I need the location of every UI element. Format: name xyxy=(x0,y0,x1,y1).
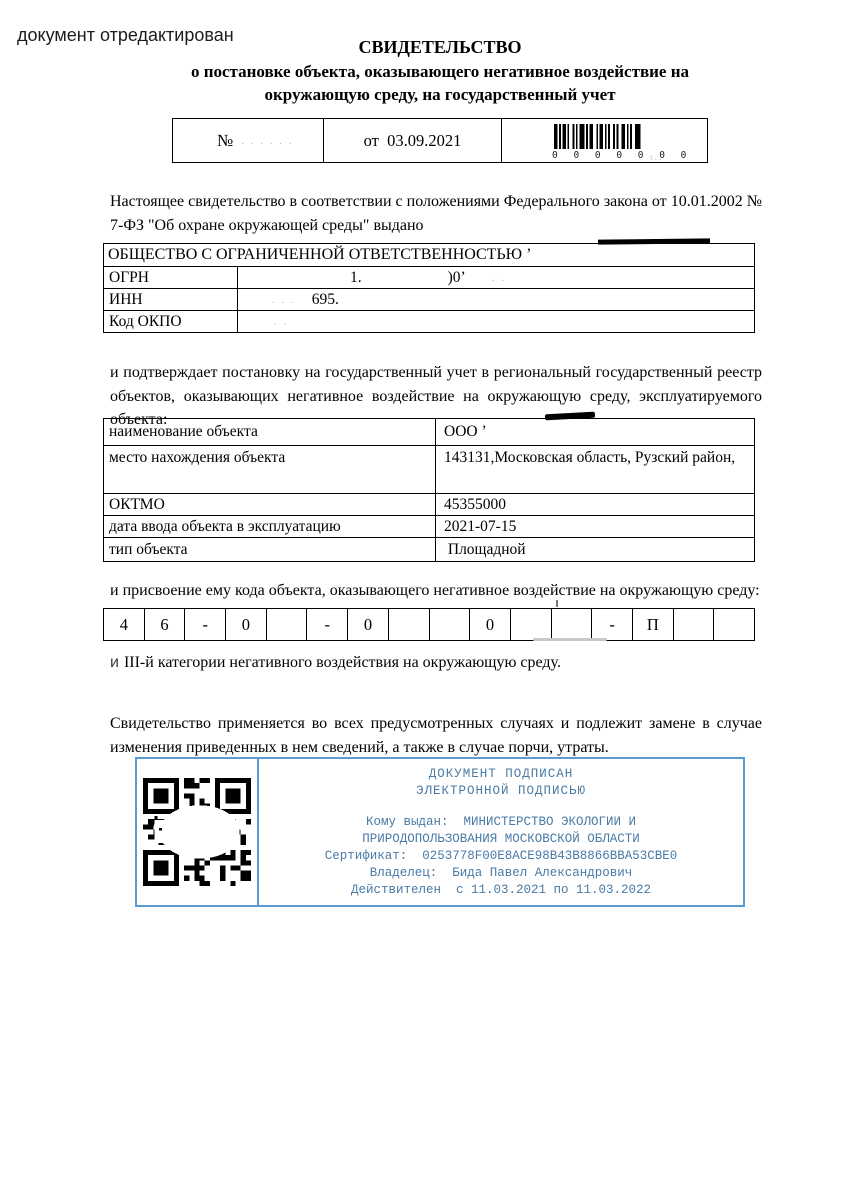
object-name-value: ООО ’ xyxy=(436,419,754,445)
okpo-label: Код ОКПО xyxy=(104,311,238,332)
signature-issued-to-2: ПРИРОДОПОЛЬЗОВАНИЯ МОСКОВСКОЙ ОБЛАСТИ xyxy=(362,831,640,848)
ogrn-row: ОГРН 1. )0’ . . xyxy=(104,266,754,288)
redaction-artifact xyxy=(533,638,607,641)
category-text: III-й категории негативного воздействия … xyxy=(124,654,561,671)
signature-owner: Владелец: Бида Павел Александрович xyxy=(370,865,633,882)
object-location-value: 143131,Московская область, Рузский район… xyxy=(436,446,754,493)
object-code-grid: 4 6 - 0 - 0 0 - П xyxy=(103,608,755,641)
code-cell: - xyxy=(591,609,632,640)
org-name-row: ОБЩЕСТВО С ОГРАНИЧЕННОЙ ОТВЕТСТВЕННОСТЬЮ… xyxy=(104,244,754,266)
code-cell: - xyxy=(306,609,347,640)
paragraph-issued: Настоящее свидетельство в соответствии с… xyxy=(110,190,762,237)
signature-certificate: Сертификат: 0253778F00E8ACE98B43B8866BBA… xyxy=(325,848,678,865)
code-cell xyxy=(388,609,429,640)
oktmo-value: 45355000 xyxy=(436,494,754,515)
code-cell: 0 xyxy=(469,609,510,640)
okpo-row: Код ОКПО . . xyxy=(104,310,754,332)
okpo-redaction-residue: . . xyxy=(274,316,288,328)
object-type-label: тип объекта xyxy=(104,538,436,561)
title-line-2: о постановке объекта, оказывающего негат… xyxy=(70,60,810,84)
title-line-3: окружающую среду, на государственный уче… xyxy=(70,83,810,107)
object-type-value: Площадной xyxy=(436,538,754,561)
inn-row: ИНН . . . 695. xyxy=(104,288,754,310)
inn-value: . . . 695. xyxy=(238,291,754,309)
number-cell: № . . . . . . xyxy=(173,119,323,162)
code-cell: 0 xyxy=(347,609,388,640)
barcode-digits: 0 0 0 0 0 0 0 xyxy=(552,150,691,161)
paragraph-code-assign: и присвоение ему кода объекта, оказывающ… xyxy=(110,580,762,602)
code-cell xyxy=(673,609,714,640)
inn-label: ИНН xyxy=(104,289,238,310)
certificate-document: документ отредактирован СВИДЕТЕЛЬСТВО о … xyxy=(0,0,848,1200)
inn-redaction-residue: . . . xyxy=(272,294,296,306)
barcode-redaction-residue: ι . . xyxy=(650,152,661,162)
signature-issued-to-1: Кому выдан: МИНИСТЕРСТВО ЭКОЛОГИИ И xyxy=(366,814,636,831)
inn-fragment: 695. xyxy=(312,291,339,309)
table-row: дата ввода объекта в эксплуатацию 2021-0… xyxy=(104,515,754,537)
commissioning-date-value: 2021-07-15 xyxy=(436,516,754,537)
number-redaction-residue: . . . . . . xyxy=(241,135,293,147)
signature-text: ДОКУМЕНТ ПОДПИСАН ЭЛЕКТРОННОЙ ПОДПИСЬЮ К… xyxy=(259,759,743,905)
object-name-label: наименование объекта xyxy=(104,419,436,445)
oktmo-label: ОКТМО xyxy=(104,494,436,515)
number-date-table: № . . . . . . от 03.09.2021 0 0 0 0 0 0 … xyxy=(172,118,708,163)
paragraph-usage: Свидетельство применяется во всех предус… xyxy=(110,712,762,759)
title-line-1: СВИДЕТЕЛЬСТВО xyxy=(70,36,810,60)
signature-header-1: ДОКУМЕНТ ПОДПИСАН xyxy=(429,766,574,783)
table-row: место нахождения объекта 143131,Московск… xyxy=(104,445,754,493)
table-row: наименование объекта ООО ’ xyxy=(104,419,754,445)
code-cell: 4 xyxy=(104,609,144,640)
code-cell xyxy=(429,609,470,640)
signature-validity: Действителен с 11.03.2021 по 11.03.2022 xyxy=(351,882,651,899)
object-location-label: место нахождения объекта xyxy=(104,446,436,493)
code-cell xyxy=(266,609,307,640)
code-cell xyxy=(713,609,754,640)
commissioning-date-label: дата ввода объекта в эксплуатацию xyxy=(104,516,436,537)
ogrn-redaction-residue: . . xyxy=(492,272,506,284)
okpo-value: . . xyxy=(238,316,754,328)
category-prefix: и xyxy=(110,654,119,671)
table-row: ОКТМО 45355000 xyxy=(104,493,754,515)
electronic-signature-block: ДОКУМЕНТ ПОДПИСАН ЭЛЕКТРОННОЙ ПОДПИСЬЮ К… xyxy=(135,757,745,907)
qr-cell xyxy=(137,759,259,905)
code-cell xyxy=(510,609,551,640)
signature-header-2: ЭЛЕКТРОННОЙ ПОДПИСЬЮ xyxy=(416,783,586,800)
code-cell: 6 xyxy=(144,609,185,640)
date-cell: от 03.09.2021 xyxy=(323,119,501,162)
ogrn-fragment-2: )0’ xyxy=(448,269,466,287)
table-row: тип объекта Площадной xyxy=(104,537,754,561)
code-cell: 0 xyxy=(225,609,266,640)
redaction-artifact xyxy=(556,600,558,607)
code-cell: - xyxy=(184,609,225,640)
category-line: иIII-й категории негативного воздействия… xyxy=(110,654,561,672)
code-cell xyxy=(551,609,592,640)
code-cell: П xyxy=(632,609,673,640)
qr-code xyxy=(143,778,251,886)
document-title: СВИДЕТЕЛЬСТВО о постановке объекта, оказ… xyxy=(70,36,810,107)
ogrn-fragment-1: 1. xyxy=(350,269,362,287)
object-table: наименование объекта ООО ’ место нахожде… xyxy=(103,418,755,562)
barcode xyxy=(554,124,642,149)
barcode-cell: 0 0 0 0 0 0 0 ι . . xyxy=(501,119,707,162)
organization-table: ОБЩЕСТВО С ОГРАНИЧЕННОЙ ОТВЕТСТВЕННОСТЬЮ… xyxy=(103,243,755,333)
number-label: № xyxy=(217,131,233,151)
ogrn-label: ОГРН xyxy=(104,267,238,288)
ogrn-value: 1. )0’ . . xyxy=(238,269,754,287)
